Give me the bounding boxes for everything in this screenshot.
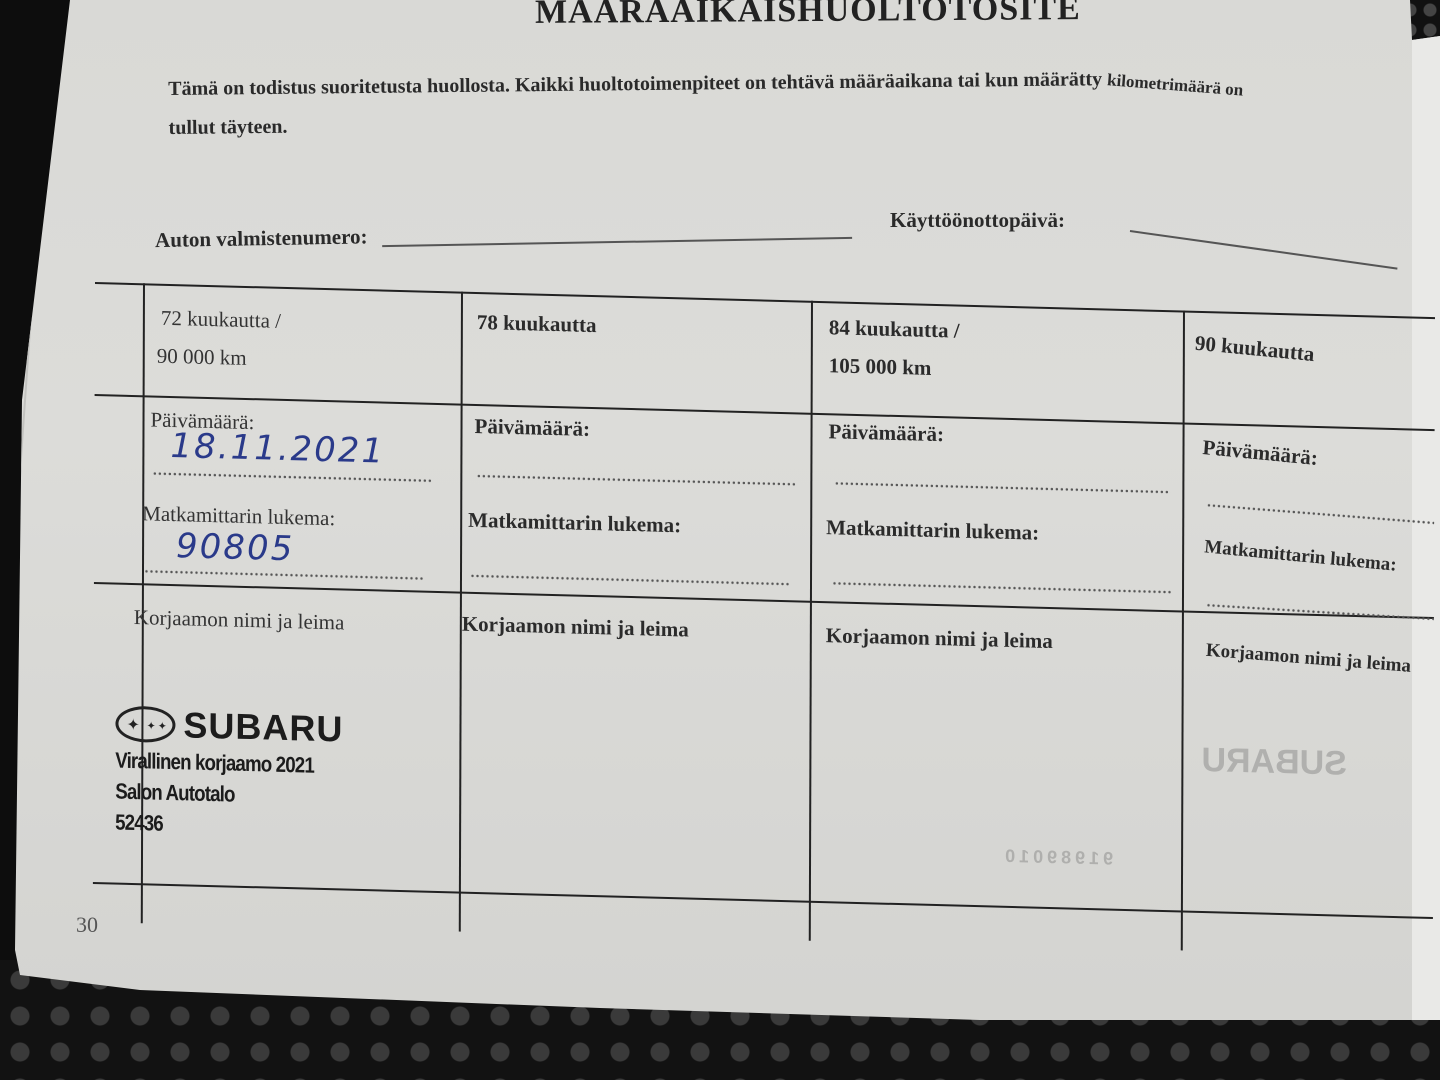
page-edge [0,0,54,958]
workshop-label: Korjaamon nimi ja leima [1205,640,1411,678]
workshop-label: Korjaamon nimi ja leima [462,612,689,643]
date-label: Päivämäärä: [1202,435,1319,471]
date-dotted-line[interactable] [1206,503,1434,525]
odometer-dotted-line[interactable] [832,581,1172,594]
vin-field[interactable]: Auton valmistenumero: [155,216,852,253]
workshop-label: Korjaamon nimi ja leima [826,623,1053,654]
odometer-label: Matkamittarin lukema: [468,508,681,539]
odometer-handwritten-value[interactable]: 90805 [176,526,294,569]
commission-date-label: Käyttöönottopäivä: [890,208,1065,232]
stamp-brand: SUBARU [183,704,343,750]
interval-line-1: 72 kuukautta / [161,306,281,334]
vin-blank-line[interactable] [382,237,852,247]
date-dotted-line[interactable] [834,481,1170,494]
stamp-bleed-through: SUBARU [1201,741,1347,784]
interval-line-1: 78 kuukautta [477,310,597,338]
service-column-90: 90 kuukautta Päivämäärä: Matkamittarin l… [1181,310,1437,957]
vin-label: Auton valmistenumero: [155,224,368,252]
stamp-line-1: Virallinen korjaamo 2021 [115,745,314,781]
odometer-label: Matkamittarin lukema: [826,515,1039,546]
interval-line-2: 90 000 km [157,344,247,371]
workshop-label: Korjaamon nimi ja leima [134,605,345,636]
document-title: MÄÄRÄAIKAISHUOLTOTOSITE [535,0,1081,32]
stamp-bleed-through: 91989010 [1001,846,1113,870]
service-record-table: 72 kuukautta / 90 000 km Päivämäärä: 18.… [93,282,1435,957]
service-column-78: 78 kuukautta Päivämäärä: Matkamittarin l… [459,292,813,941]
booklet-page: MÄÄRÄAIKAISHUOLTOTOSITE Tämä on todistus… [0,0,1440,1080]
odometer-dotted-line[interactable] [470,574,790,586]
odometer-dotted-line [144,569,424,580]
interval-line-2: 105 000 km [829,353,932,381]
service-column-84: 84 kuukautta / 105 000 km Päivämäärä: Ma… [809,301,1185,951]
interval-line-1: 90 kuukautta [1194,331,1315,367]
intro-line-1: Tämä on todistus suoritetusta huollosta.… [168,68,1107,100]
interval-line-1: 84 kuukautta / [829,315,960,343]
workshop-stamp: SUBARU Virallinen korjaamo 2021 Salon Au… [115,703,349,844]
commission-date-blank-line[interactable] [1130,230,1398,270]
date-dotted-line[interactable] [476,474,796,486]
service-column-72: 72 kuukautta / 90 000 km Päivämäärä: 18.… [141,283,463,931]
odometer-label: Matkamittarin lukema: [1204,536,1398,576]
date-dotted-line [152,472,432,483]
stamp-line-2: Salon Autotalo [115,776,314,812]
stamp-line-3: 52436 [115,807,314,843]
subaru-logo-icon [115,706,175,744]
page-edge [0,0,42,958]
date-label: Päivämäärä: [474,414,590,442]
odometer-dotted-line[interactable] [1206,603,1434,621]
intro-paragraph: Tämä on todistus suoritetusta huollosta.… [168,57,1419,147]
date-label: Päivämäärä: [828,419,944,447]
page-number: 30 [76,912,98,938]
date-handwritten-value[interactable]: 18.11.2021 [170,426,385,472]
commission-date-field[interactable]: Käyttöönottopäivä: [890,208,1065,233]
